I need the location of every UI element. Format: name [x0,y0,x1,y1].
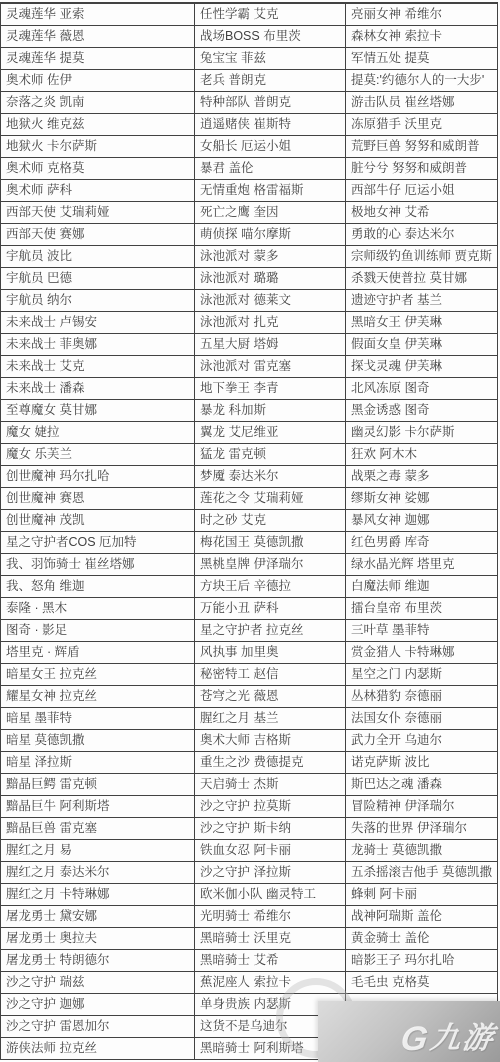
table-row: 魔女 乐芙兰猛龙 雷克顿狂欢 阿木木 [1,444,498,466]
table-row: 奥术师 萨科无情重炮 格雷福斯西部牛仔 厄运小姐 [1,180,498,202]
table-cell: 冻原猎手 沃里克 [346,114,498,136]
table-row: 灵魂莲华 提莫兔宝宝 菲兹军情五处 提莫 [1,48,498,70]
table-cell: 逍遥赌侠 崔斯特 [195,114,346,136]
table-cell: 暗影王子 玛尔扎哈 [346,950,498,972]
table-cell: 我、羽饰骑士 崔丝塔娜 [1,554,195,576]
table-row: 暗星 墨菲特腥红之月 基兰法国女仆 奈德丽 [1,708,498,730]
table-cell: 未来战士 艾克 [1,356,195,378]
table-cell: 无情重炮 格雷福斯 [195,180,346,202]
table-cell: 灵魂莲华 提莫 [1,48,195,70]
table-cell: 游侠法师 拉克丝 [1,1038,195,1060]
table-cell: 灵魂莲华 薇恩 [1,26,195,48]
table-cell: 泳池派对 蒙多 [195,246,346,268]
table-cell: 梅花国王 莫德凯撒 [195,532,346,554]
table-cell: 勇敢的心 泰达米尔 [346,224,498,246]
table-cell: 暴君 盖伦 [195,158,346,180]
table-cell: 沙之守护 瑞兹 [1,972,195,994]
table-cell: 遗迹守护者 基兰 [346,290,498,312]
table-cell: 泳池派对 扎克 [195,312,346,334]
table-cell: 泳池派对 璐璐 [195,268,346,290]
table-cell: 军情五处 提莫 [346,48,498,70]
table-cell: 特种部队 普朗克 [195,92,346,114]
jiuyou-logo: G 九游 [398,1022,496,1056]
table-cell: 黑金诱惑 图奇 [346,400,498,422]
table-row: 泰隆 · 黑木万能小丑 萨科擂台皇帝 布里茨 [1,598,498,620]
table-cell: 暗星 莫德凯撒 [1,730,195,752]
table-cell: 红色男爵 库奇 [346,532,498,554]
table-cell: 翼龙 艾尼维亚 [195,422,346,444]
table-cell: 黑暗女王 伊芙琳 [346,312,498,334]
table-row: 我、羽饰骑士 崔丝塔娜黑桃皇牌 伊泽瑞尔绿水晶光辉 塔里克 [1,554,498,576]
table-cell: 方块王后 辛德拉 [195,576,346,598]
table-cell: 假面女皇 伊芙琳 [346,334,498,356]
table-cell: 暴龙 科加斯 [195,400,346,422]
table-cell: 屠龙勇士 黛安娜 [1,906,195,928]
table-cell: 星之守护者COS 厄加特 [1,532,195,554]
table-row: 未来战士 艾克泳池派对 雷克塞探戈灵魂 伊芙琳 [1,356,498,378]
table-row: 未来战士 卢锡安泳池派对 扎克黑暗女王 伊芙琳 [1,312,498,334]
table-cell: 黑暗骑士 沃里克 [195,928,346,950]
table-cell: 创世魔神 赛恩 [1,488,195,510]
table-cell: 三叶草 墨菲特 [346,620,498,642]
table-cell: 老兵 普朗克 [195,70,346,92]
table-cell: 极地女神 艾希 [346,202,498,224]
table-cell: 死亡之鹰 奎因 [195,202,346,224]
table-row: 腥红之月 卡特琳娜欧米伽小队 幽灵特工蜂刺 阿卡丽 [1,884,498,906]
table-cell: 奈落之炎 凯南 [1,92,195,114]
table-cell: 黄金骑士 盖伦 [346,928,498,950]
table-cell: 腥红之月 泰达米尔 [1,862,195,884]
table-row: 魔女 婕拉翼龙 艾尼维亚幽灵幻影 卡尔萨斯 [1,422,498,444]
table-cell: 奥术大师 吉格斯 [195,730,346,752]
table-cell: 斯巴达之魂 潘森 [346,774,498,796]
table-cell: 兔宝宝 菲兹 [195,48,346,70]
table-cell: 至尊魔女 莫甘娜 [1,400,195,422]
table-cell: 提莫:'约德尔人的一大步' [346,70,498,92]
table-cell: 北风冻原 图奇 [346,378,498,400]
table-cell: 脏兮兮 努努和威朗普 [346,158,498,180]
table-row: 屠龙勇士 黛安娜光明骑士 希维尔战神阿瑞斯 盖伦 [1,906,498,928]
table-cell: 腥红之月 易 [1,840,195,862]
table-cell: 泳池派对 德莱文 [195,290,346,312]
table-row: 腥红之月 泰达米尔沙之守护 泽拉斯五杀摇滚吉他手 莫德凯撒 [1,862,498,884]
table-cell: 星空之门 内瑟斯 [346,664,498,686]
table-cell: 暗星 墨菲特 [1,708,195,730]
table-cell: 任性学霸 艾克 [195,3,346,26]
table-cell: 丛林猎豹 奈德丽 [346,686,498,708]
table-cell: 森林女神 索拉卡 [346,26,498,48]
table-cell: 黯晶巨牛 阿利斯塔 [1,796,195,818]
table-row: 暗星 莫德凯撒奥术大师 吉格斯武力全开 乌迪尔 [1,730,498,752]
table-cell: 黯晶巨兽 雷克塞 [1,818,195,840]
table-cell: 苍穹之光 薇恩 [195,686,346,708]
table-row: 暗星女王 拉克丝秘密特工 赵信星空之门 内瑟斯 [1,664,498,686]
jiuyou-logo-mark-icon: G [398,1022,429,1056]
table-cell: 万能小丑 萨科 [195,598,346,620]
table-row: 塔里克 · 辉盾风执事 加里奥赏金猎人 卡特琳娜 [1,642,498,664]
table-cell: 地狱火 维克兹 [1,114,195,136]
table-cell: 铁血女忍 阿卡丽 [195,840,346,862]
table-cell: 探戈灵魂 伊芙琳 [346,356,498,378]
table-cell: 五杀摇滚吉他手 莫德凯撒 [346,862,498,884]
table-cell: 未来战士 潘森 [1,378,195,400]
skin-table: 灵魂莲华 亚索任性学霸 艾克亮丽女神 希维尔灵魂莲华 薇恩战场BOSS 布里茨森… [0,2,498,1060]
table-cell: 图奇 · 影足 [1,620,195,642]
table-cell: 宇航员 波比 [1,246,195,268]
table-cell: 宇航员 纳尔 [1,290,195,312]
table-row: 创世魔神 茂凯时之砂 艾克暴风女神 迦娜 [1,510,498,532]
table-row: 未来战士 潘森地下拳王 李青北风冻原 图奇 [1,378,498,400]
table-cell: 宇航员 巴德 [1,268,195,290]
watermark-banner: G 九游 [318,1001,500,1062]
table-row: 我、怒角 维迦方块王后 辛德拉白魔法师 维迦 [1,576,498,598]
table-cell: 未来战士 卢锡安 [1,312,195,334]
table-row: 腥红之月 易铁血女忍 阿卡丽龙骑士 莫德凯撒 [1,840,498,862]
table-row: 西部天使 赛娜萌侦探 喵尔摩斯勇敢的心 泰达米尔 [1,224,498,246]
table-row: 奈落之炎 凯南特种部队 普朗克游击队员 崔丝塔娜 [1,92,498,114]
table-row: 宇航员 纳尔泳池派对 德莱文遗迹守护者 基兰 [1,290,498,312]
table-row: 创世魔神 玛尔扎哈梦魇 泰达米尔战栗之毒 蒙多 [1,466,498,488]
jiuyou-logo-text: 九游 [428,1024,496,1054]
table-cell: 创世魔神 茂凯 [1,510,195,532]
table-cell: 女船长 厄运小姐 [195,136,346,158]
table-cell: 游击队员 崔丝塔娜 [346,92,498,114]
table-cell: 奥术师 佐伊 [1,70,195,92]
skin-list-page: 灵魂莲华 亚索任性学霸 艾克亮丽女神 希维尔灵魂莲华 薇恩战场BOSS 布里茨森… [0,0,500,1062]
table-row: 耀星女神 拉克丝苍穹之光 薇恩丛林猎豹 奈德丽 [1,686,498,708]
table-cell: 萌侦探 喵尔摩斯 [195,224,346,246]
table-row: 黯晶巨牛 阿利斯塔沙之守护 拉莫斯冒险精神 伊泽瑞尔 [1,796,498,818]
table-cell: 沙之守护 雷恩加尔 [1,1016,195,1038]
table-cell: 擂台皇帝 布里茨 [346,598,498,620]
table-cell: 猛龙 雷克顿 [195,444,346,466]
table-row: 黯晶巨鳄 雷克顿天启骑士 杰斯斯巴达之魂 潘森 [1,774,498,796]
table-cell: 莲花之令 艾瑞莉娅 [195,488,346,510]
table-cell: 风执事 加里奥 [195,642,346,664]
table-row: 屠龙勇士 奥拉夫黑暗骑士 沃里克黄金骑士 盖伦 [1,928,498,950]
table-cell: 星之守护者 拉克丝 [195,620,346,642]
table-cell: 奥术师 萨科 [1,180,195,202]
table-row: 创世魔神 赛恩莲花之令 艾瑞莉娅缪斯女神 娑娜 [1,488,498,510]
table-cell: 蜂刺 阿卡丽 [346,884,498,906]
table-cell: 白魔法师 维迦 [346,576,498,598]
table-cell: 西部牛仔 厄运小姐 [346,180,498,202]
table-cell: 地下拳王 李青 [195,378,346,400]
table-row: 地狱火 维克兹逍遥赌侠 崔斯特冻原猎手 沃里克 [1,114,498,136]
table-cell: 战场BOSS 布里茨 [195,26,346,48]
table-cell: 屠龙勇士 特朗德尔 [1,950,195,972]
table-cell: 暗星女王 拉克丝 [1,664,195,686]
table-cell: 腥红之月 基兰 [195,708,346,730]
table-cell: 耀星女神 拉克丝 [1,686,195,708]
table-row: 灵魂莲华 亚索任性学霸 艾克亮丽女神 希维尔 [1,3,498,26]
table-cell: 沙之守护 迦娜 [1,994,195,1016]
table-cell: 暗星 泽拉斯 [1,752,195,774]
table-row: 地狱火 卡尔萨斯女船长 厄运小姐荒野巨兽 努努和威朗普 [1,136,498,158]
table-row: 图奇 · 影足星之守护者 拉克丝三叶草 墨菲特 [1,620,498,642]
table-row: 西部天使 艾瑞莉娅死亡之鹰 奎因极地女神 艾希 [1,202,498,224]
table-cell: 泳池派对 雷克塞 [195,356,346,378]
table-cell: 亮丽女神 希维尔 [346,3,498,26]
table-row: 沙之守护 瑞兹蕉泥座人 索拉卡毛毛虫 克格莫 [1,972,498,994]
table-cell: 赏金猎人 卡特琳娜 [346,642,498,664]
table-cell: 我、怒角 维迦 [1,576,195,598]
table-row: 星之守护者COS 厄加特梅花国王 莫德凯撒红色男爵 库奇 [1,532,498,554]
table-cell: 秘密特工 赵信 [195,664,346,686]
table-row: 屠龙勇士 特朗德尔黑暗骑士 艾希暗影王子 玛尔扎哈 [1,950,498,972]
table-cell: 未来战士 菲奥娜 [1,334,195,356]
table-cell: 暴风女神 迦娜 [346,510,498,532]
table-cell: 狂欢 阿木木 [346,444,498,466]
table-cell: 时之砂 艾克 [195,510,346,532]
table-cell: 龙骑士 莫德凯撒 [346,840,498,862]
table-cell: 光明骑士 希维尔 [195,906,346,928]
table-cell: 创世魔神 玛尔扎哈 [1,466,195,488]
table-cell: 魔女 婕拉 [1,422,195,444]
table-cell: 欧米伽小队 幽灵特工 [195,884,346,906]
table-cell: 泰隆 · 黑木 [1,598,195,620]
table-cell: 战栗之毒 蒙多 [346,466,498,488]
table-row: 暗星 泽拉斯重生之沙 费德提克诺克萨斯 波比 [1,752,498,774]
table-cell: 战神阿瑞斯 盖伦 [346,906,498,928]
table-row: 黯晶巨兽 雷克塞沙之守护 斯卡纳失落的世界 伊泽瑞尔 [1,818,498,840]
table-cell: 重生之沙 费德提克 [195,752,346,774]
table-cell: 塔里克 · 辉盾 [1,642,195,664]
table-row: 奥术师 佐伊老兵 普朗克提莫:'约德尔人的一大步' [1,70,498,92]
table-cell: 毛毛虫 克格莫 [346,972,498,994]
table-cell: 西部天使 艾瑞莉娅 [1,202,195,224]
table-row: 宇航员 巴德泳池派对 璐璐杀戮天使普拉 莫甘娜 [1,268,498,290]
table-row: 未来战士 菲奥娜五星大厨 塔姆假面女皇 伊芙琳 [1,334,498,356]
table-cell: 沙之守护 斯卡纳 [195,818,346,840]
table-cell: 天启骑士 杰斯 [195,774,346,796]
table-cell: 灵魂莲华 亚索 [1,3,195,26]
table-row: 奥术师 克格莫暴君 盖伦脏兮兮 努努和威朗普 [1,158,498,180]
table-cell: 宗师级钓鱼训练师 贾克斯 [346,246,498,268]
table-cell: 西部天使 赛娜 [1,224,195,246]
table-cell: 诺克萨斯 波比 [346,752,498,774]
table-cell: 腥红之月 卡特琳娜 [1,884,195,906]
table-cell: 法国女仆 奈德丽 [346,708,498,730]
table-cell: 沙之守护 拉莫斯 [195,796,346,818]
table-cell: 魔女 乐芙兰 [1,444,195,466]
table-cell: 失落的世界 伊泽瑞尔 [346,818,498,840]
table-cell: 五星大厨 塔姆 [195,334,346,356]
table-cell: 幽灵幻影 卡尔萨斯 [346,422,498,444]
table-cell: 黑暗骑士 艾希 [195,950,346,972]
table-cell: 奥术师 克格莫 [1,158,195,180]
table-cell: 地狱火 卡尔萨斯 [1,136,195,158]
table-cell: 沙之守护 泽拉斯 [195,862,346,884]
table-cell: 屠龙勇士 奥拉夫 [1,928,195,950]
skin-table-body: 灵魂莲华 亚索任性学霸 艾克亮丽女神 希维尔灵魂莲华 薇恩战场BOSS 布里茨森… [1,3,498,1060]
table-row: 宇航员 波比泳池派对 蒙多宗师级钓鱼训练师 贾克斯 [1,246,498,268]
table-cell: 荒野巨兽 努努和威朗普 [346,136,498,158]
table-row: 灵魂莲华 薇恩战场BOSS 布里茨森林女神 索拉卡 [1,26,498,48]
table-cell: 缪斯女神 娑娜 [346,488,498,510]
table-cell: 武力全开 乌迪尔 [346,730,498,752]
table-cell: 冒险精神 伊泽瑞尔 [346,796,498,818]
table-cell: 黑桃皇牌 伊泽瑞尔 [195,554,346,576]
table-row: 至尊魔女 莫甘娜暴龙 科加斯黑金诱惑 图奇 [1,400,498,422]
table-cell: 杀戮天使普拉 莫甘娜 [346,268,498,290]
table-cell: 绿水晶光辉 塔里克 [346,554,498,576]
table-cell: 梦魇 泰达米尔 [195,466,346,488]
table-cell: 黯晶巨鳄 雷克顿 [1,774,195,796]
